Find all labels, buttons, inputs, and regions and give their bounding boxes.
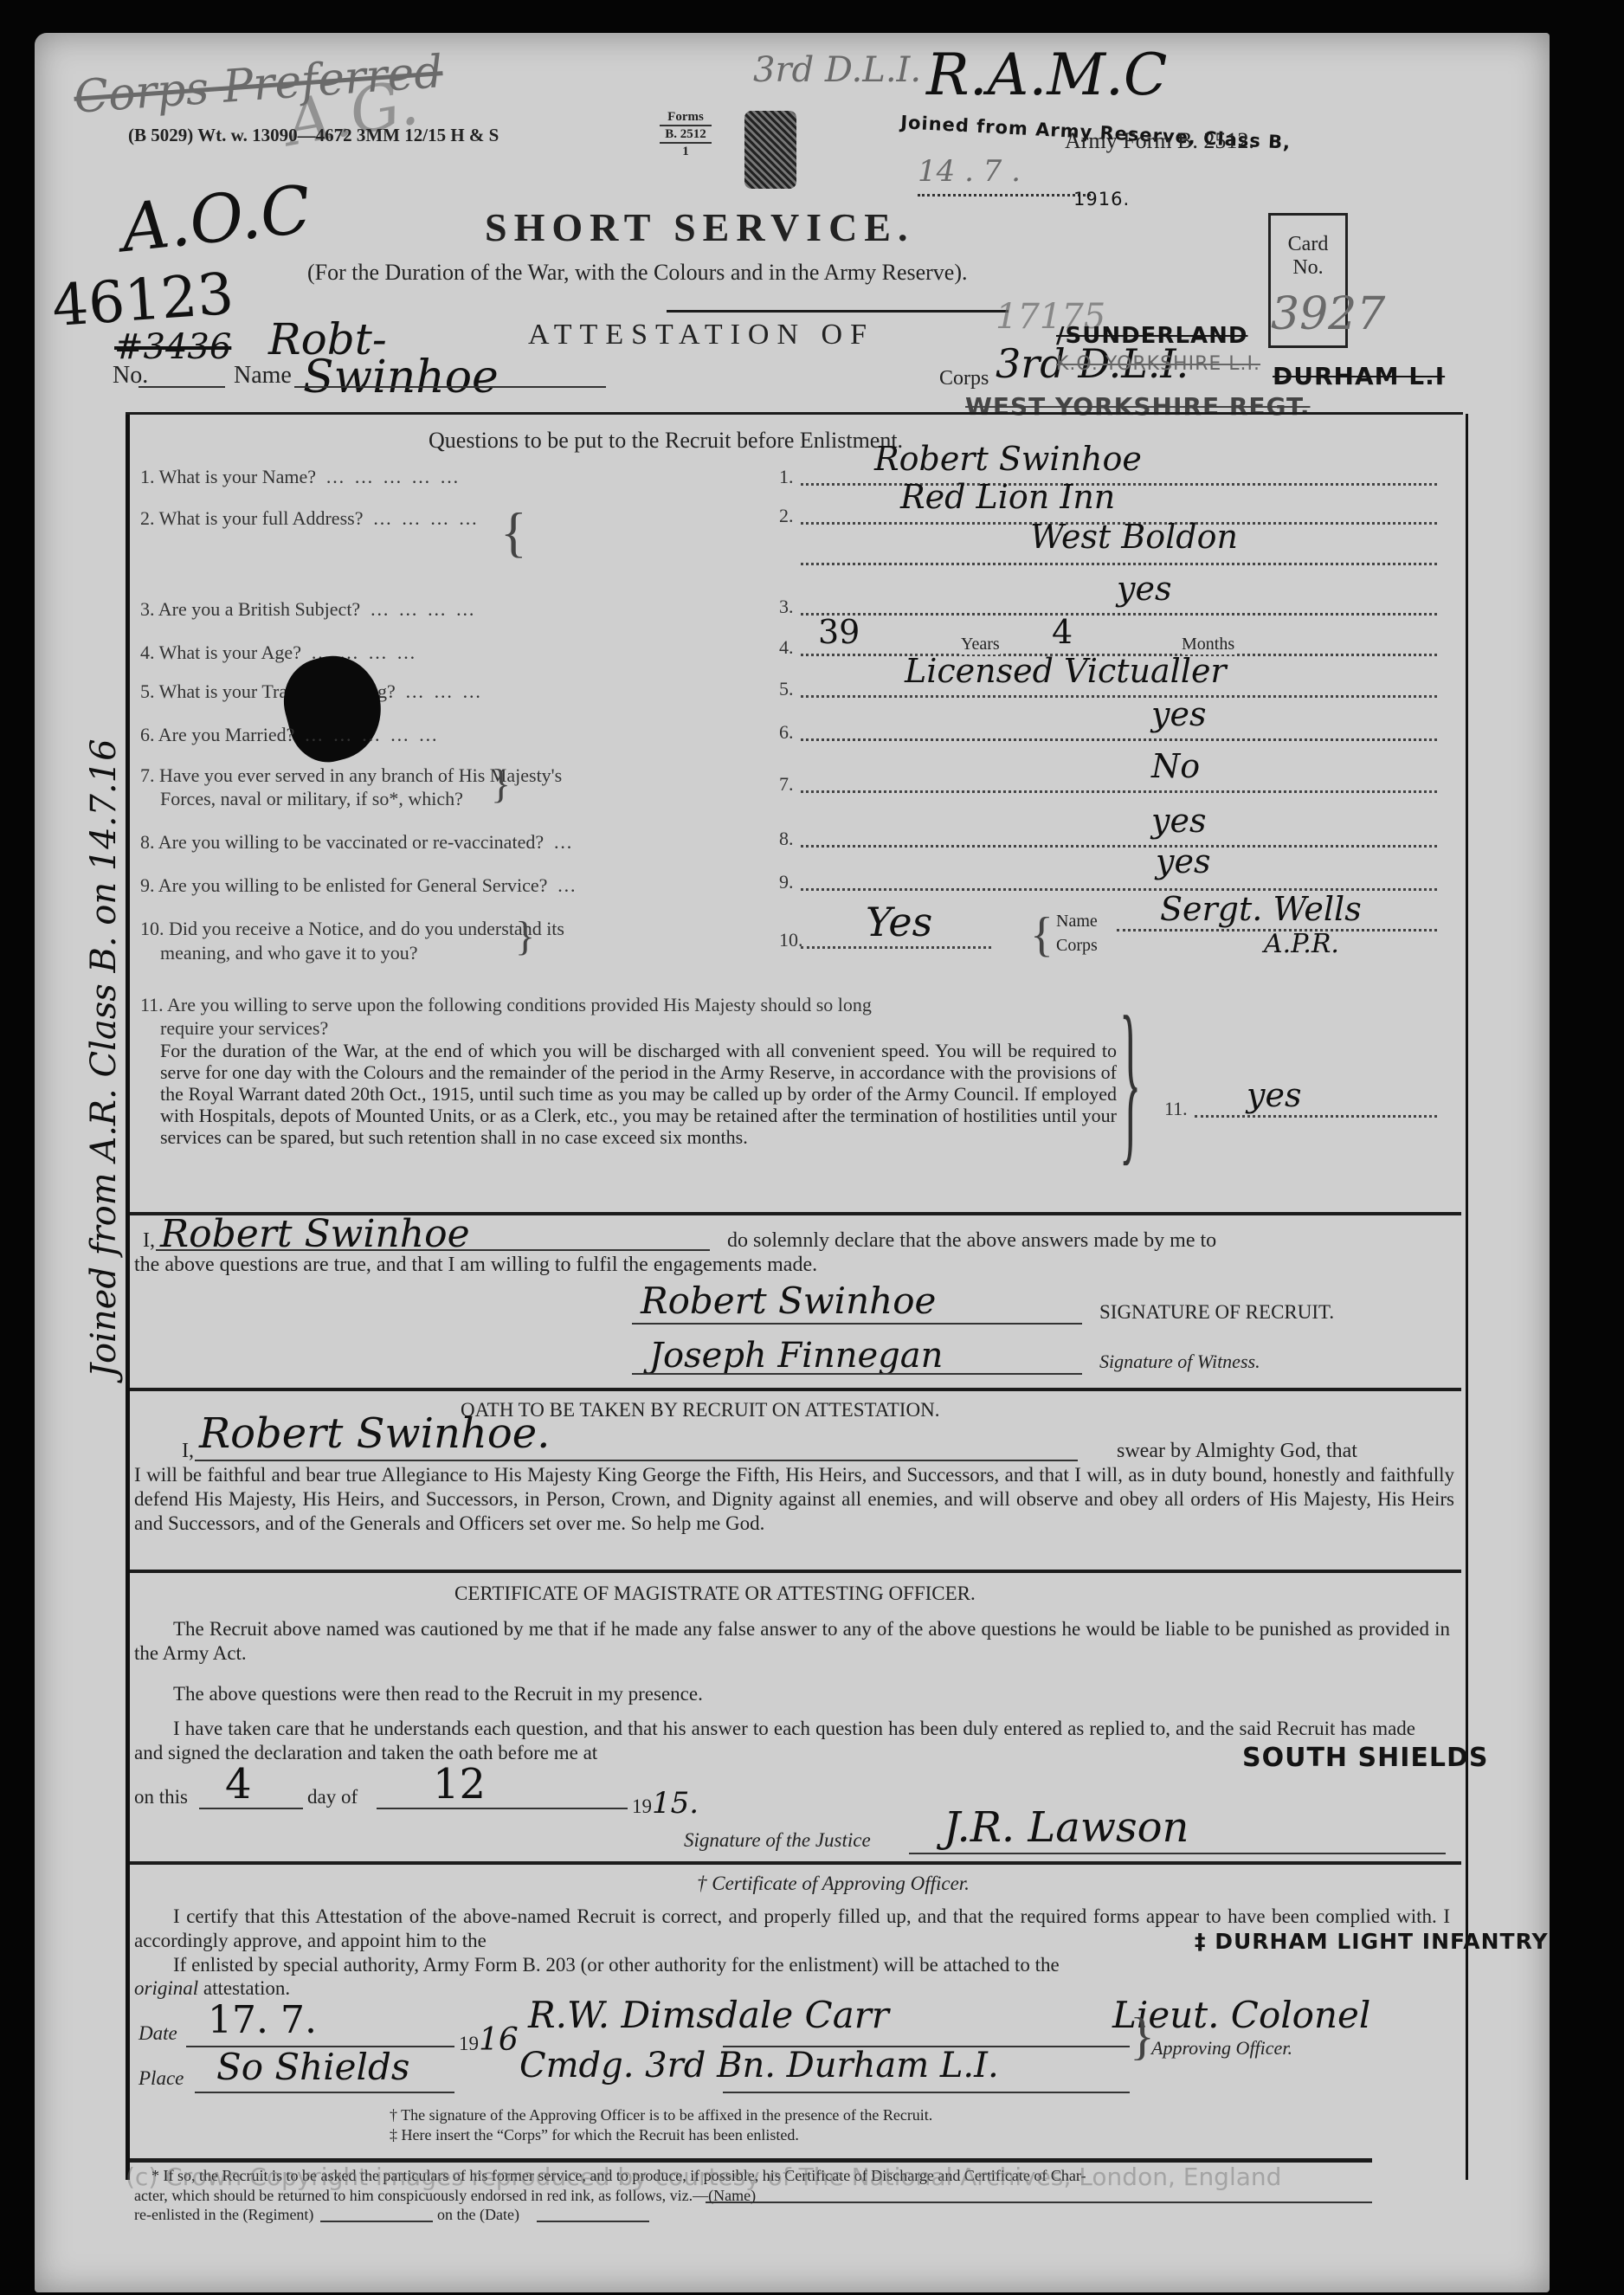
on-this-label: on this (134, 1786, 188, 1808)
approval-place-value: So Shields (216, 2046, 409, 2088)
attestation-month: 12 (433, 1760, 486, 1808)
question-6: 6. Are you Married? … … … … … (140, 724, 437, 746)
approving-officer-unit: Cmdg. 3rd Bn. Durham L.I. (519, 2046, 999, 2085)
approval-place-label: Place (139, 2067, 184, 2090)
card-number-value: 3927 (1271, 288, 1345, 340)
attestation-form-page: Corps Preferred A.O.C 46123 A.G. 3rd D.L… (35, 33, 1550, 2292)
magistrate-rule (130, 1570, 1461, 1573)
declaration-prefix: I, (143, 1229, 155, 1253)
notice-given-by: Sergt. Wells (1160, 890, 1362, 928)
declaration-name-line (156, 1249, 710, 1251)
original-attestation: original attestation. (134, 1977, 290, 2000)
magistrate-paragraph-1: The Recruit above named was cautioned by… (134, 1617, 1450, 1666)
q11-brace: } (1119, 990, 1141, 1171)
question-4: 4. What is your Age? … … … … (140, 641, 416, 664)
answer-2-address-line2: West Boldon (1030, 518, 1238, 556)
footnote-double-dagger: ‡ Here insert the “Corps” for which the … (390, 2126, 799, 2144)
joined-date-line (918, 194, 1091, 197)
oath-text: I will be faithful and bear true Allegia… (134, 1463, 1454, 1536)
justice-signature-line (909, 1853, 1446, 1854)
month-line (377, 1808, 628, 1809)
answer-num-8: 8. (779, 828, 794, 850)
question-10-cont: meaning, and who gave it to you? (160, 942, 418, 964)
forms-reference: Forms B. 2512 1 (660, 109, 712, 159)
attestation-year: 1915. (632, 1786, 699, 1821)
forms-number: B. 2512 (660, 125, 712, 144)
approving-paragraph-2: If enlisted by special authority, Army F… (134, 1953, 1450, 1977)
approving-heading: † Certificate of Approving Officer. (697, 1873, 970, 1895)
name-label: Name (234, 362, 292, 390)
q10-brace: } (515, 912, 535, 960)
questions-heading: Questions to be put to the Recruit befor… (429, 428, 903, 454)
approval-place-line (195, 2092, 454, 2093)
answer-4-years: 39 (818, 613, 860, 651)
answer-5-trade: Licensed Victualler (905, 652, 1227, 690)
answer-6-married: yes (1151, 695, 1206, 733)
justice-signature: J.R. Lawson (944, 1803, 1189, 1852)
declaration-text-1: do solemnly declare that the above answe… (727, 1229, 1216, 1253)
footer-name-line (706, 2202, 1372, 2203)
answer-11-conditions: yes (1247, 1076, 1301, 1114)
appointed-corps: ‡ DURHAM LIGHT INFANTRY (1195, 1929, 1549, 1954)
name-line (294, 386, 606, 388)
recruit-signature-label: SIGNATURE OF RECRUIT. (1099, 1301, 1334, 1324)
royal-coat-of-arms-icon (744, 111, 796, 189)
answer-line-3 (801, 613, 1437, 616)
name-value-last: Swinhoe (303, 351, 499, 403)
q7-brace: } (491, 760, 511, 808)
answer-num-11: 11. (1164, 1098, 1188, 1120)
answer-7-served: No (1151, 747, 1200, 785)
service-conditions: For the duration of the War, at the end … (160, 1040, 1117, 1148)
notice-name-label: Name (1056, 912, 1098, 932)
question-1: 1. What is your Name? … … … … … (140, 466, 459, 488)
question-8: 8. Are you willing to be vaccinated or r… (140, 831, 572, 854)
witness-signature-label: Signature of Witness. (1099, 1351, 1260, 1373)
question-3: 3. Are you a British Subject? … … … … (140, 598, 474, 621)
question-11-cont: require your services? (160, 1017, 328, 1040)
answer-2-address-line1: Red Lion Inn (900, 478, 1115, 516)
answer-num-9: 9. (779, 871, 794, 893)
recruit-signature-line (632, 1323, 1082, 1325)
approving-officer-label: Approving Officer. (1151, 2037, 1292, 2060)
approving-officer-signature: R.W. Dimsdale Carr (528, 1994, 889, 2036)
card-number-box: Card No. 3927 (1268, 213, 1348, 348)
answer-line-2b (801, 563, 1437, 565)
answer-num-5: 5. (779, 678, 794, 700)
day-line (199, 1808, 303, 1809)
answer-num-4: 4. (779, 636, 794, 659)
answer-num-10: 10. (779, 929, 803, 951)
answer-line-7 (801, 790, 1437, 793)
third-dli-annotation: 3rd D.L.I. (753, 50, 921, 90)
aoc-annotation: A.O.C (118, 171, 314, 267)
question-10: 10. Did you receive a Notice, and do you… (140, 918, 564, 940)
magistrate-paragraph-2: The above questions were then read to th… (173, 1682, 1385, 1706)
question-9: 9. Are you willing to be enlisted for Ge… (140, 874, 576, 897)
title-rule (667, 310, 1009, 313)
footer-note-3a: re-enlisted in the (Regiment) (134, 2206, 313, 2224)
question-7-cont: Forces, naval or military, if so*, which… (160, 788, 463, 810)
notice-corps-value: A.P.R. (1264, 929, 1339, 959)
attestation-heading: ATTESTATION OF (528, 319, 874, 351)
answer-line-1 (801, 483, 1437, 486)
attestation-day: 4 (225, 1760, 252, 1808)
q10-answer-brace: { (1030, 907, 1054, 963)
footer-date-line (537, 2221, 649, 2222)
oath-name-line (195, 1460, 1078, 1461)
army-form-label: Army Form B. 2512. (1065, 128, 1254, 154)
day-of-label: day of (307, 1786, 358, 1808)
witness-signature: Joseph Finnegan (649, 1336, 943, 1376)
form-top-rule (126, 412, 1463, 415)
answer-1-name: Robert Swinhoe (874, 440, 1142, 478)
magistrate-paragraph-3: I have taken care that he understands ea… (134, 1717, 1415, 1765)
answer-line-6 (801, 738, 1437, 741)
joined-year: 1916. (1073, 189, 1130, 210)
oath-rule (130, 1388, 1461, 1391)
footnote-dagger: † The signature of the Approving Officer… (390, 2106, 932, 2124)
answer-9-general-service: yes (1156, 842, 1210, 880)
answer-4-months: 4 (1052, 613, 1073, 651)
approving-rule (130, 1861, 1461, 1865)
question-11: 11. Are you willing to serve upon the fo… (140, 994, 872, 1016)
page-title: SHORT SERVICE. (485, 204, 915, 250)
durham-li-stamp: DURHAM L.I (1273, 362, 1445, 390)
print-code: (B 5029) Wt. w. 13090—4672 3MM 12/15 H &… (128, 125, 499, 146)
answer-line-10 (801, 946, 991, 949)
answer-num-3: 3. (779, 596, 794, 618)
officer-unit-line (723, 2092, 1130, 2093)
justice-signature-label: Signature of the Justice (684, 1829, 871, 1852)
answer-line-11 (1195, 1115, 1437, 1118)
oath-swear: swear by Almighty God, that (1117, 1440, 1357, 1463)
approval-year: 1916 (459, 2022, 519, 2058)
approval-date-value: 17. 7. (208, 1998, 317, 2042)
answer-line-5 (801, 695, 1437, 698)
copyright-watermark: (c) Crown Copyright images reproduced by… (126, 2163, 1281, 2191)
witness-signature-line (632, 1373, 1082, 1375)
answer-3-british: yes (1117, 570, 1171, 608)
answer-10-notice: Yes (866, 899, 932, 945)
number-line (139, 386, 225, 388)
forms-label: Forms (660, 109, 712, 125)
footer-regiment-line (320, 2221, 433, 2222)
page-subtitle: (For the Duration of the War, with the C… (307, 260, 968, 286)
answer-line-8 (801, 845, 1437, 848)
answer-num-7: 7. (779, 773, 794, 796)
margin-note: Joined from A.R. Class B. on 14.7.16 (84, 1118, 124, 1377)
answer-8-vaccinated: yes (1151, 802, 1206, 840)
card-number-label: Card No. (1271, 233, 1345, 280)
koyli-stamp: K.O. YORKSHIRE L.I. (1056, 353, 1260, 375)
oath-name: Robert Swinhoe. (199, 1409, 550, 1458)
declaration-text-2: the above questions are true, and that I… (134, 1254, 817, 1277)
question-2: 2. What is your full Address? … … … … (140, 507, 477, 530)
answer-num-2: 2. (779, 505, 794, 527)
footer-note-3b: on the (Date) (437, 2206, 519, 2224)
notice-corps-label: Corps (1056, 936, 1098, 956)
oath-prefix: I, (182, 1440, 194, 1463)
joined-date-hand: 14 . 7 . (918, 154, 1021, 189)
sunderland-stamp: /SUNDERLAND (1056, 323, 1248, 349)
magistrate-heading: CERTIFICATE OF MAGISTRATE OR ATTESTING O… (454, 1583, 976, 1605)
ramc-annotation: R.A.M.C (926, 42, 1167, 108)
corps-label: Corps (939, 367, 989, 390)
recruit-signature: Robert Swinhoe (641, 1280, 936, 1322)
forms-sub: 1 (660, 144, 712, 159)
address-brace: { (500, 500, 527, 564)
place-stamp: SOUTH SHIELDS (1242, 1743, 1488, 1773)
answer-num-6: 6. (779, 721, 794, 744)
approval-date-label: Date (139, 2022, 177, 2045)
answer-num-1: 1. (779, 466, 794, 488)
